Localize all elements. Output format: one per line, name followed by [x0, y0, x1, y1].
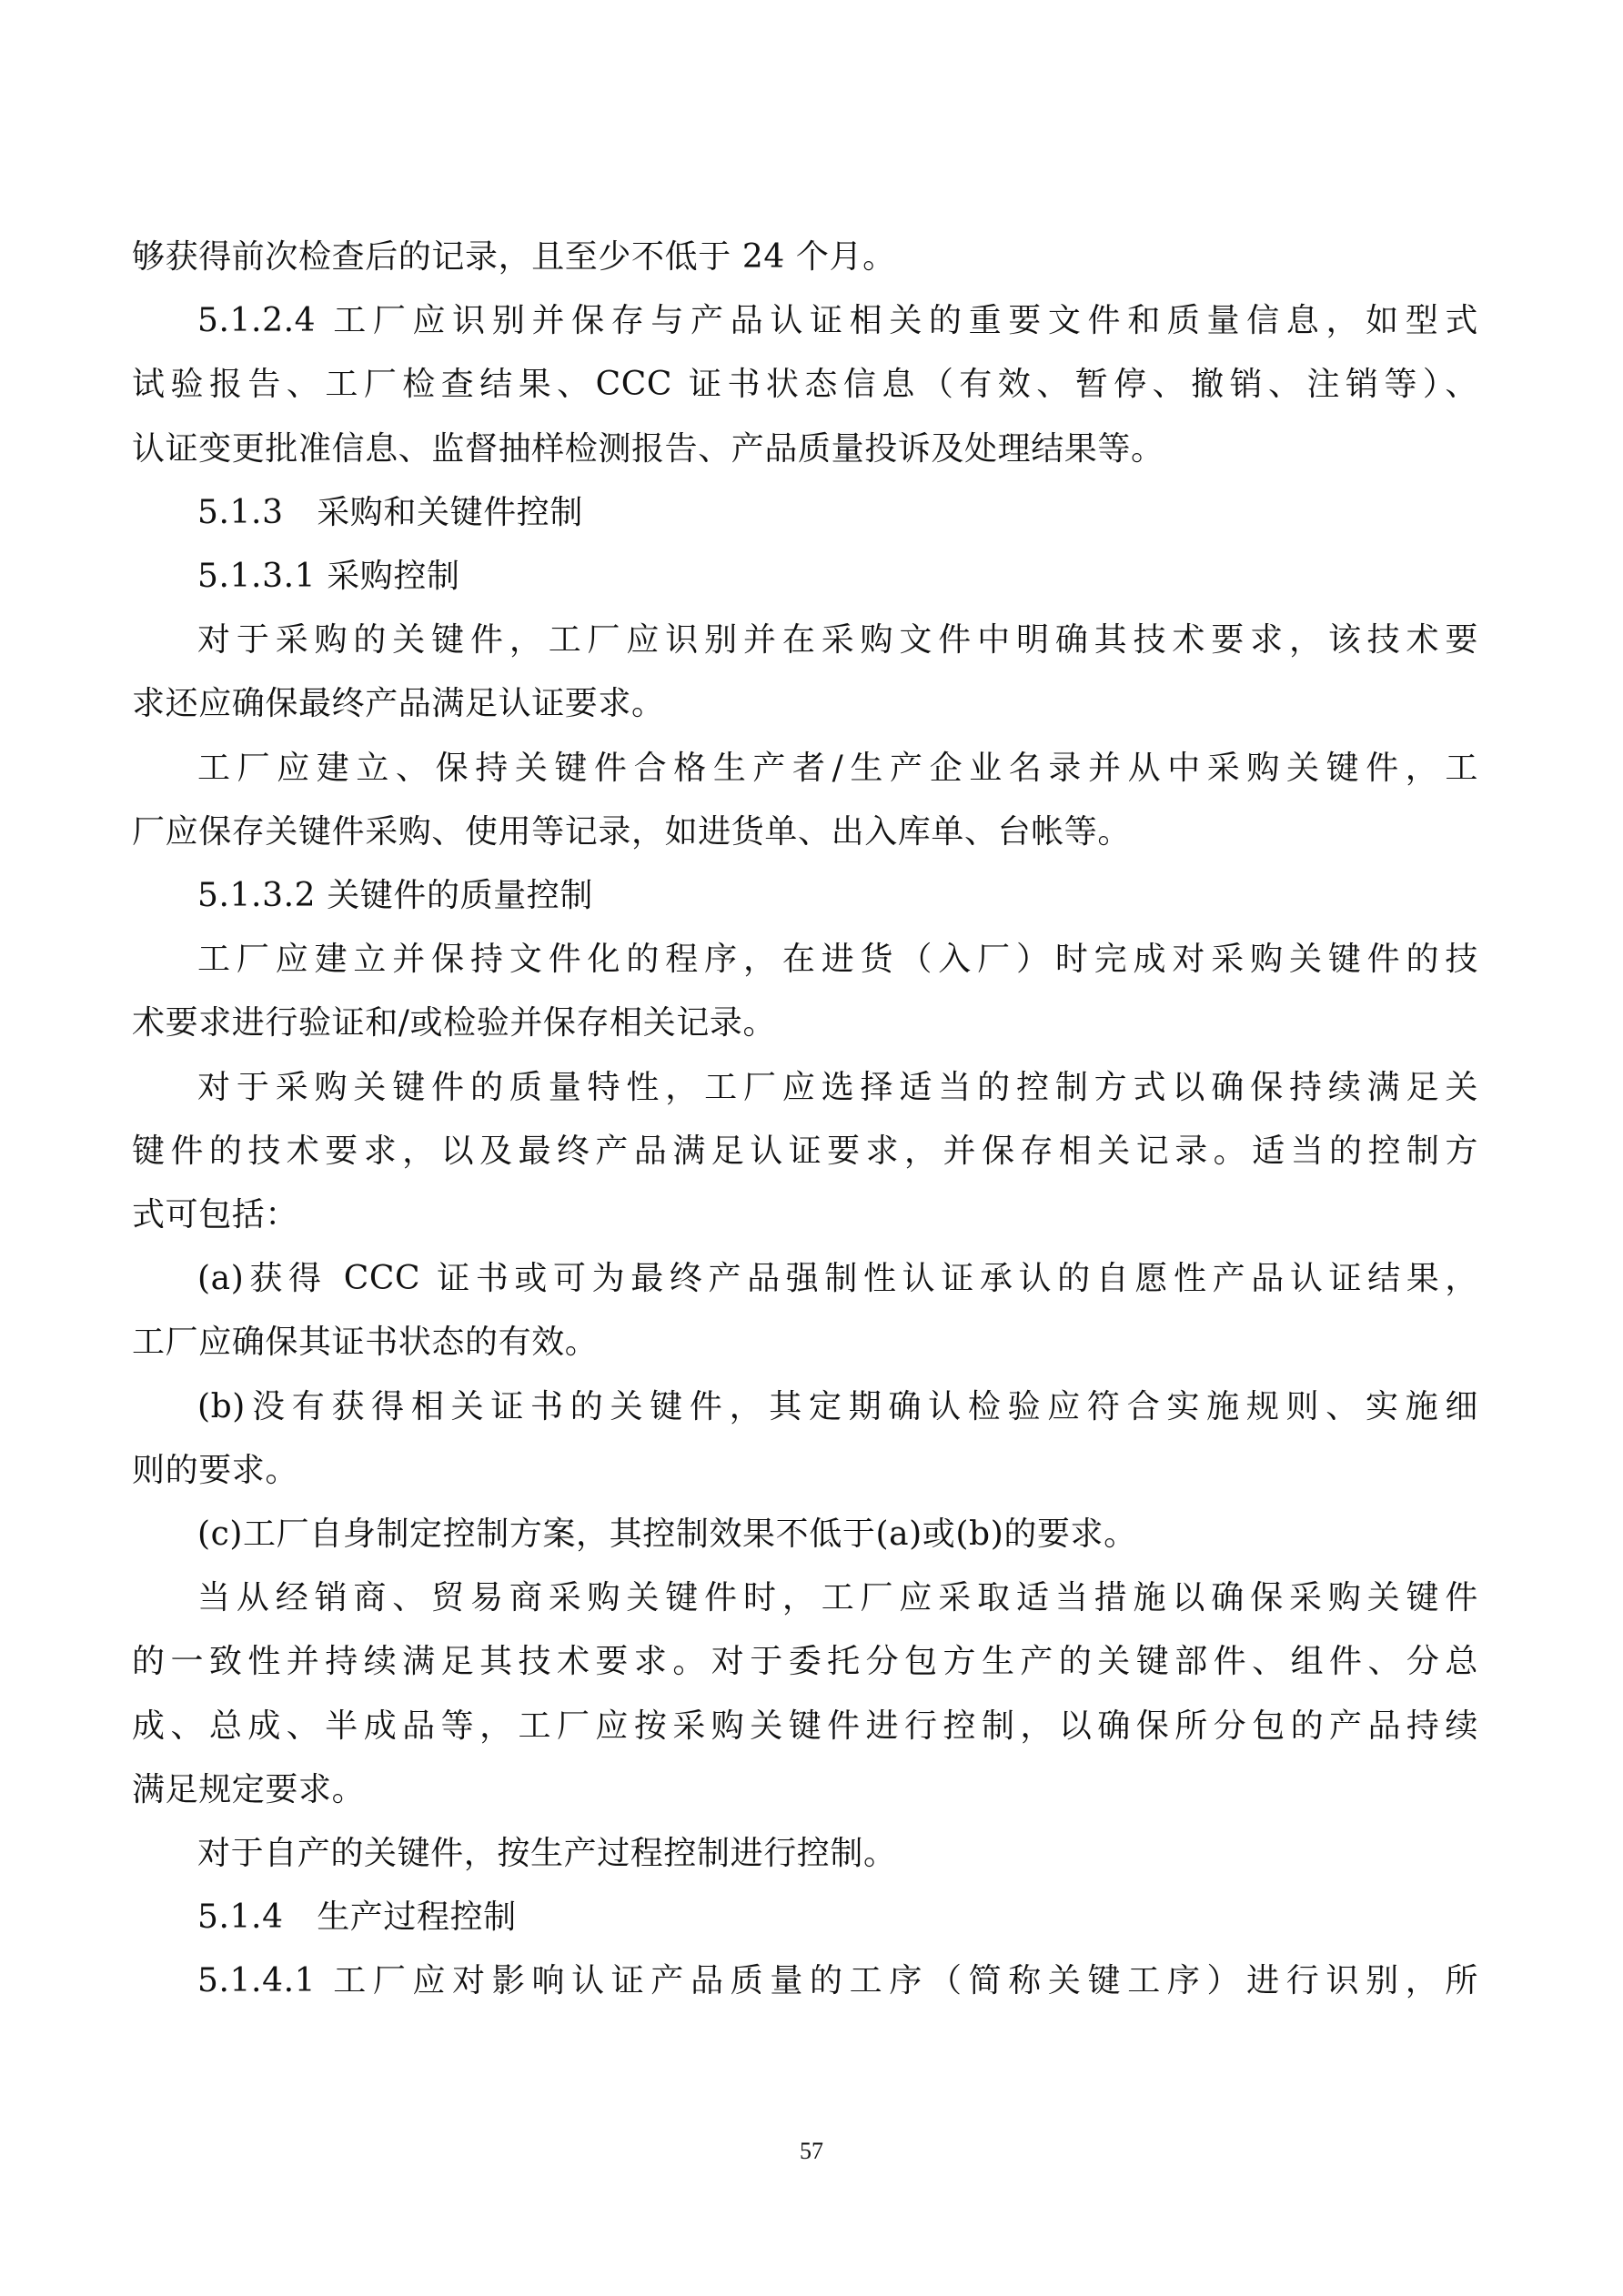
text-line: (a)获得 CCC 证书或可为最终产品强制性认证承认的自愿性产品认证结果，: [197, 1247, 1478, 1311]
text-line: 够获得前次检查后的记录，且至少不低于 24 个月。: [132, 226, 1478, 289]
page-number: 57: [0, 2138, 1623, 2165]
text-line: 5.1.4 生产过程控制: [197, 1886, 1478, 1949]
text-line: (c)工厂自身制定控制方案，其控制效果不低于(a)或(b)的要求。: [197, 1503, 1478, 1566]
text-line: 成、总成、半成品等，工厂应按采购关键件进行控制，以确保所分包的产品持续: [132, 1695, 1478, 1758]
text-line: 5.1.3 采购和关键件控制: [197, 481, 1478, 545]
text-line: 键件的技术要求，以及最终产品满足认证要求，并保存相关记录。适当的控制方: [132, 1120, 1478, 1183]
text-line: 厂应保存关键件采购、使用等记录，如进货单、出入库单、台帐等。: [132, 801, 1478, 864]
text-line: 对于自产的关键件，按生产过程控制进行控制。: [197, 1822, 1478, 1886]
text-line: 5.1.3.1 采购控制: [197, 545, 1478, 609]
text-line: 的一致性并持续满足其技术要求。对于委托分包方生产的关键部件、组件、分总: [132, 1630, 1478, 1694]
document-page: 够获得前次检查后的记录，且至少不低于 24 个月。5.1.2.4 工厂应识别并保…: [0, 0, 1623, 2296]
text-line: 则的要求。: [132, 1439, 1478, 1503]
text-line: 5.1.2.4 工厂应识别并保存与产品认证相关的重要文件和质量信息，如型式: [197, 289, 1478, 353]
text-line: 式可包括：: [132, 1183, 1478, 1247]
text-line: 工厂应确保其证书状态的有效。: [132, 1311, 1478, 1375]
text-line: 认证变更批准信息、监督抽样检测报告、产品质量投诉及处理结果等。: [132, 418, 1478, 481]
text-line: 满足规定要求。: [132, 1758, 1478, 1822]
text-line: 对于采购的关键件，工厂应识别并在采购文件中明确其技术要求，该技术要: [197, 609, 1478, 672]
text-line: 术要求进行验证和/或检验并保存相关记录。: [132, 992, 1478, 1055]
text-line: 工厂应建立、保持关键件合格生产者/生产企业名录并从中采购关键件，工: [197, 737, 1478, 801]
text-line: 5.1.3.2 关键件的质量控制: [197, 864, 1478, 928]
text-line: (b)没有获得相关证书的关键件，其定期确认检验应符合实施规则、实施细: [197, 1375, 1478, 1439]
text-line: 工厂应建立并保持文件化的程序，在进货（入厂）时完成对采购关键件的技: [197, 928, 1478, 992]
text-line: 试验报告、工厂检查结果、CCC 证书状态信息（有效、暂停、撤销、注销等）、: [132, 353, 1478, 417]
text-line: 求还应确保最终产品满足认证要求。: [132, 672, 1478, 736]
text-line: 当从经销商、贸易商采购关键件时，工厂应采取适当措施以确保采购关键件: [197, 1566, 1478, 1630]
text-line: 5.1.4.1 工厂应对影响认证产品质量的工序（简称关键工序）进行识别，所: [197, 1949, 1478, 2013]
text-line: 对于采购关键件的质量特性，工厂应选择适当的控制方式以确保持续满足关: [197, 1056, 1478, 1120]
